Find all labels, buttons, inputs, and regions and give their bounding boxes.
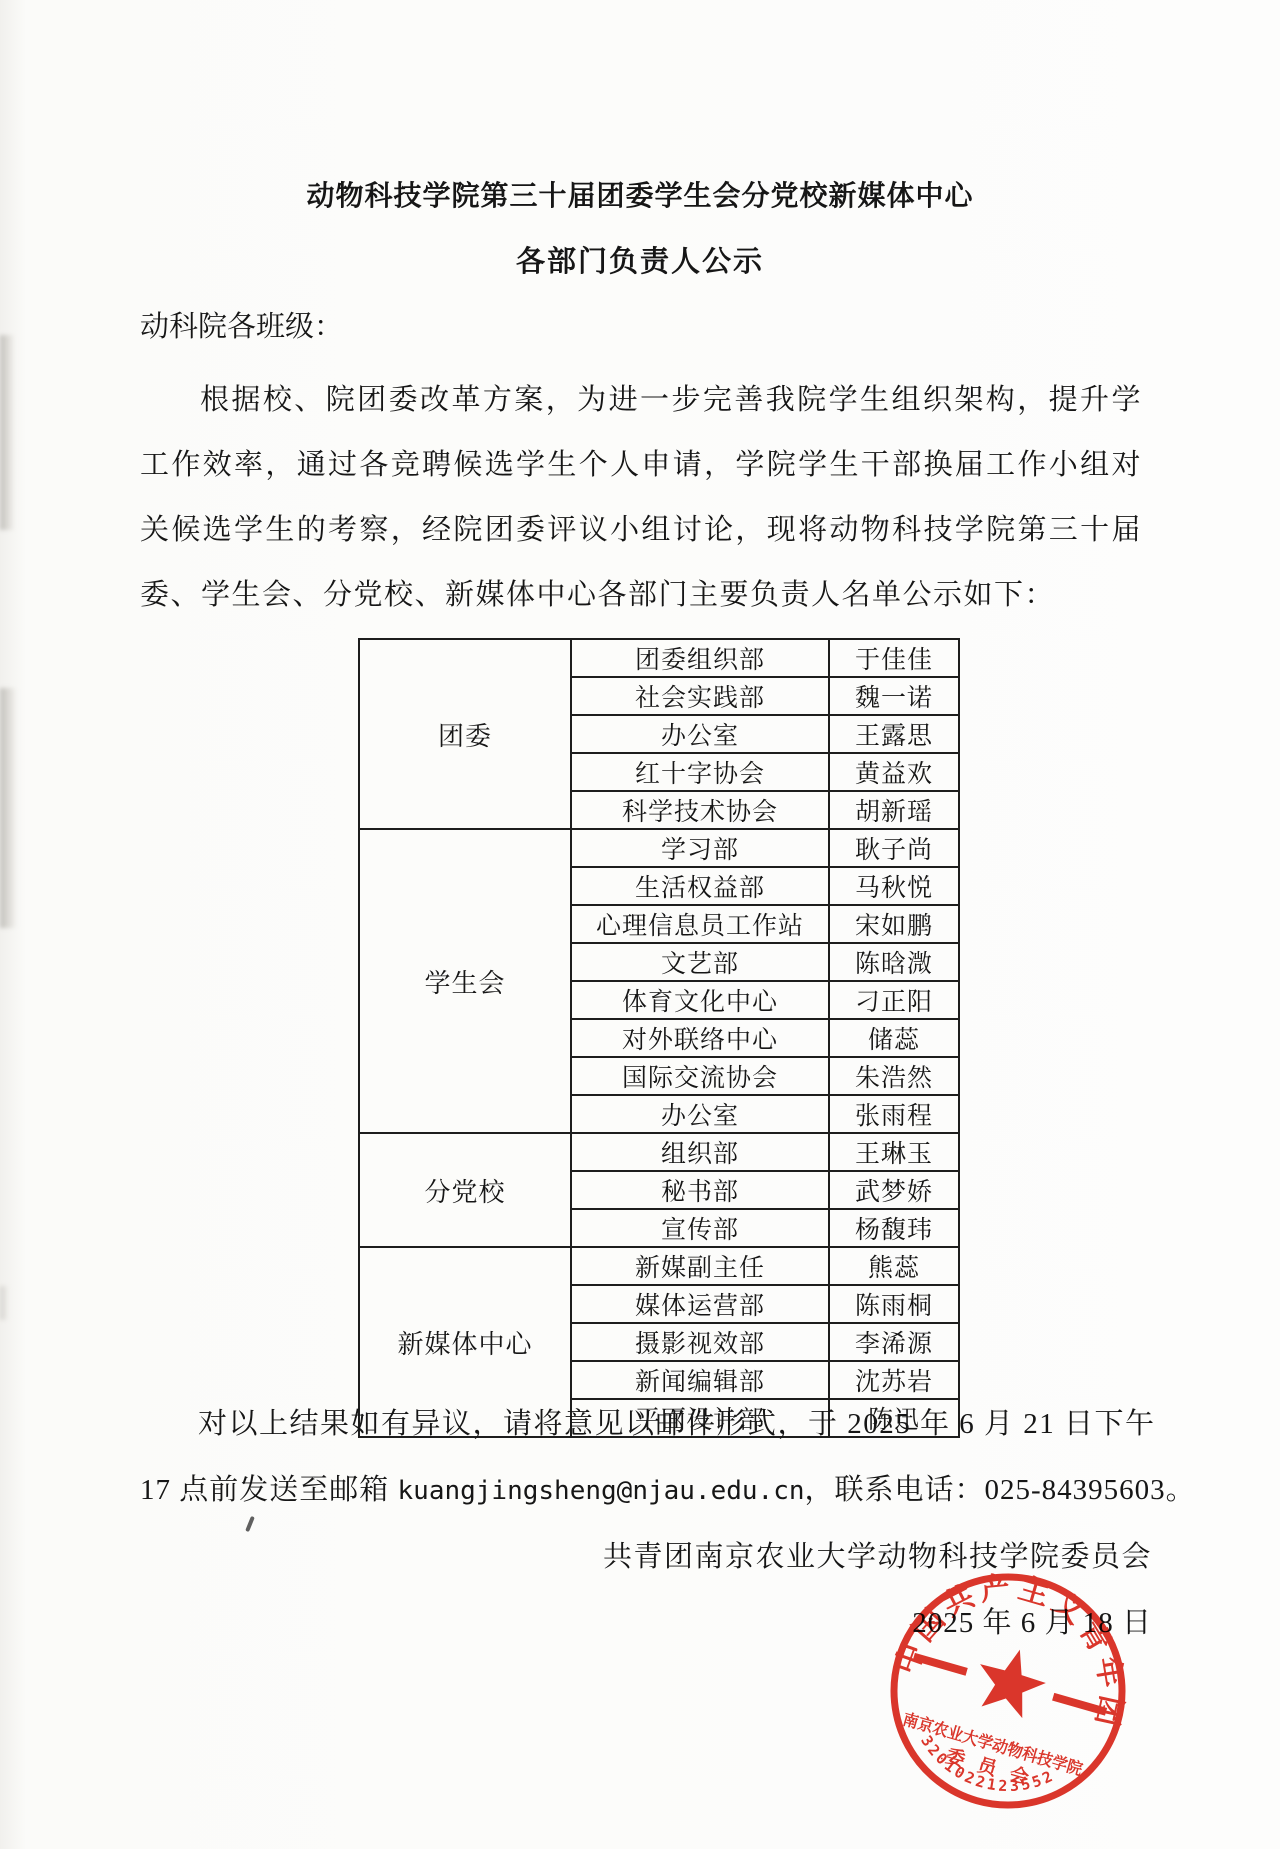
department-cell: 文艺部 [571, 943, 829, 981]
department-cell: 社会实践部 [571, 677, 829, 715]
table-row: 团委团委组织部于佳佳 [359, 639, 959, 677]
group-cell: 学生会 [359, 829, 571, 1133]
name-cell: 王琳玉 [829, 1133, 959, 1171]
department-cell: 新媒副主任 [571, 1247, 829, 1285]
scanned-document-page: 动物科技学院第三十届团委学生会分党校新媒体中心 各部门负责人公示 动科院各班级：… [0, 0, 1280, 1849]
closing-line-2-suffix: ，联系电话：025-84395603。 [805, 1474, 1196, 1506]
document-subtitle: 各部门负责人公示 [0, 245, 1280, 279]
name-cell: 张雨程 [829, 1095, 959, 1133]
department-cell: 办公室 [571, 715, 829, 753]
scan-smudge [0, 1286, 9, 1320]
name-cell: 李浠源 [829, 1323, 959, 1361]
department-cell: 学习部 [571, 829, 829, 867]
name-cell: 于佳佳 [829, 639, 959, 677]
department-cell: 组织部 [571, 1133, 829, 1171]
star-icon [969, 1640, 1053, 1722]
name-cell: 武梦娇 [829, 1171, 959, 1209]
paragraph-line: 根据校、院团委改革方案，为进一步完善我院学生组织架构，提升学生 [140, 368, 1142, 433]
name-cell: 王露思 [829, 715, 959, 753]
department-cell: 红十字协会 [571, 753, 829, 791]
table-row: 新媒体中心新媒副主任熊蕊 [359, 1247, 959, 1285]
department-cell: 心理信息员工作站 [571, 905, 829, 943]
department-cell: 生活权益部 [571, 867, 829, 905]
scan-smudge [0, 335, 15, 530]
department-cell: 媒体运营部 [571, 1285, 829, 1323]
paragraph-line: 工作效率，通过各竞聘候选学生个人申请，学院学生干部换届工作小组对相 [140, 433, 1142, 498]
name-cell: 陈晗溦 [829, 943, 959, 981]
name-cell: 朱浩然 [829, 1057, 959, 1095]
name-cell: 宋如鹏 [829, 905, 959, 943]
name-cell: 刁正阳 [829, 981, 959, 1019]
document-title: 动物科技学院第三十届团委学生会分党校新媒体中心 [0, 180, 1280, 214]
department-roster-table: 团委团委组织部于佳佳社会实践部魏一诺办公室王露思红十字协会黄益欢科学技术协会胡新… [358, 638, 960, 1438]
name-cell: 马秋悦 [829, 867, 959, 905]
body-paragraph: 根据校、院团委改革方案，为进一步完善我院学生组织架构，提升学生 工作效率，通过各… [140, 368, 1142, 628]
closing-line-1: 对以上结果如有异议，请将意见以邮件形式，于 2025 年 6 月 21 日下午 [140, 1392, 1142, 1457]
table-row: 分党校组织部王琳玉 [359, 1133, 959, 1171]
paragraph-line: 委、学生会、分党校、新媒体中心各部门主要负责人名单公示如下： [140, 563, 1142, 628]
salutation: 动科院各班级： [140, 310, 343, 344]
name-cell: 陈雨桐 [829, 1285, 959, 1323]
department-cell: 对外联络中心 [571, 1019, 829, 1057]
closing-line-2: 17 点前发送至邮箱 kuangjingsheng@njau.edu.cn，联系… [140, 1458, 1160, 1523]
department-cell: 团委组织部 [571, 639, 829, 677]
name-cell: 魏一诺 [829, 677, 959, 715]
group-cell: 团委 [359, 639, 571, 829]
department-cell: 摄影视效部 [571, 1323, 829, 1361]
group-cell: 分党校 [359, 1133, 571, 1247]
name-cell: 熊蕊 [829, 1247, 959, 1285]
department-cell: 宣传部 [571, 1209, 829, 1247]
name-cell: 储蕊 [829, 1019, 959, 1057]
official-red-stamp: 中国共产主义青年团 南京农业大学动物科技学院 委员会 3201022123552 [867, 1550, 1149, 1832]
department-cell: 科学技术协会 [571, 791, 829, 829]
closing-line-2-prefix: 17 点前发送至邮箱 [140, 1474, 398, 1506]
name-cell: 胡新瑶 [829, 791, 959, 829]
department-cell: 办公室 [571, 1095, 829, 1133]
table-row: 学生会学习部耿子尚 [359, 829, 959, 867]
paragraph-line: 关候选学生的考察，经院团委评议小组讨论，现将动物科技学院第三十届团 [140, 498, 1142, 563]
name-cell: 耿子尚 [829, 829, 959, 867]
contact-email: kuangjingsheng@njau.edu.cn [398, 1476, 805, 1506]
name-cell: 黄益欢 [829, 753, 959, 791]
department-cell: 秘书部 [571, 1171, 829, 1209]
scan-smudge [0, 688, 17, 928]
name-cell: 杨馥玮 [829, 1209, 959, 1247]
department-cell: 国际交流协会 [571, 1057, 829, 1095]
department-cell: 体育文化中心 [571, 981, 829, 1019]
